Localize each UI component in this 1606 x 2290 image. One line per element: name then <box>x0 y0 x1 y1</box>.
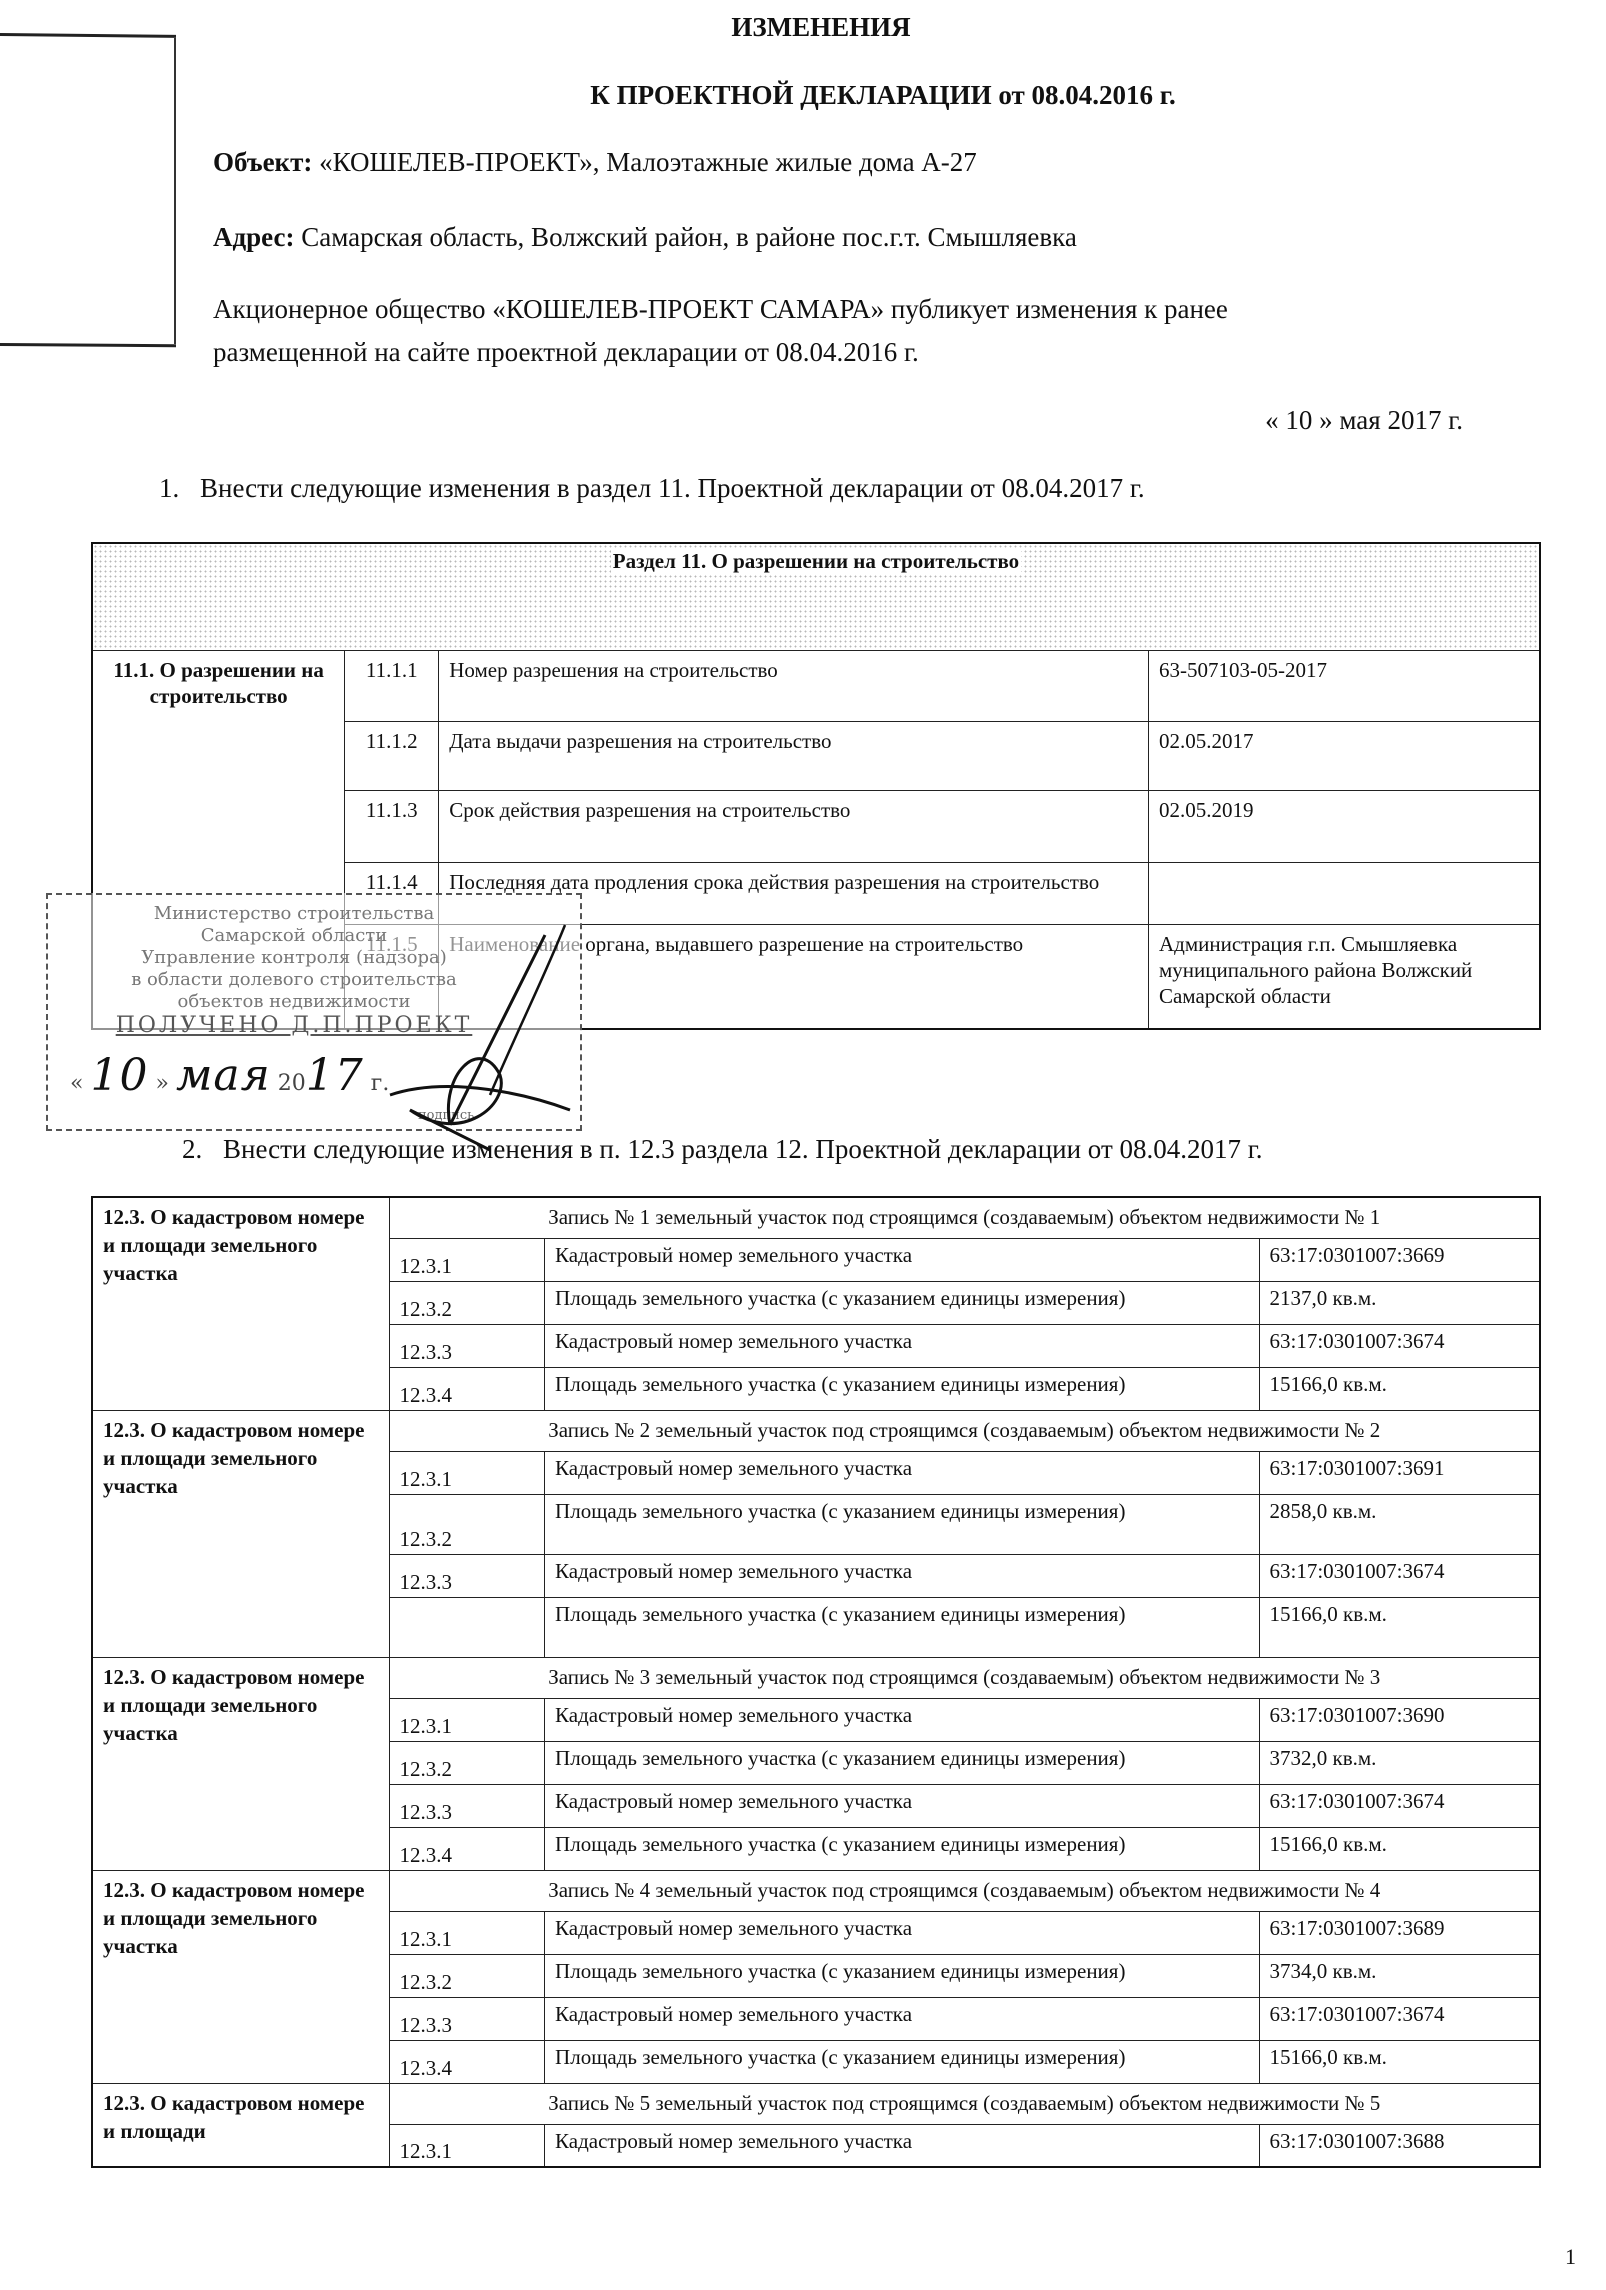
row-code: 12.3.1 <box>389 1698 545 1741</box>
row-code: 11.1.1 <box>345 650 439 721</box>
row-value: 02.05.2017 <box>1148 721 1540 790</box>
stamp-line: в области долевого строительства <box>48 969 580 991</box>
document-subtitle: К ПРОЕКТНОЙ ДЕКЛАРАЦИИ от 08.04.2016 г. <box>80 80 1606 111</box>
row-description: Площадь земельного участка (с указанием … <box>545 1741 1259 1784</box>
row-code: 12.3.4 <box>389 1367 545 1410</box>
row-value: 2858,0 кв.м. <box>1259 1494 1540 1554</box>
handwritten-day: 10 <box>90 1050 148 1101</box>
record-title: Запись № 2 земельный участок под строящи… <box>389 1410 1540 1451</box>
group-label: 12.3. О кадастровом номере и площади зем… <box>92 1197 389 1410</box>
scan-edge-artifact <box>0 343 176 347</box>
row-code: 12.3.2 <box>389 1494 545 1554</box>
section-11-heading: Раздел 11. О разрешении на строительство <box>92 543 1540 650</box>
row-code: 11.1.3 <box>345 790 439 862</box>
row-code: 12.3.3 <box>389 1784 545 1827</box>
row-value: Администрация г.п. Смышляевка муниципаль… <box>1148 924 1540 1029</box>
row-code: 12.3.2 <box>389 1741 545 1784</box>
publish-text-line-1: Акционерное общество «КОШЕЛЕВ-ПРОЕКТ САМ… <box>213 294 1228 325</box>
item-number: 2. <box>182 1134 202 1165</box>
row-description: Номер разрешения на строительство <box>439 650 1149 721</box>
row-value: 15166,0 кв.м. <box>1259 2040 1540 2083</box>
registration-stamp: Министерство строительства Самарской обл… <box>46 893 582 1131</box>
section-12-3-table: 12.3. О кадастровом номере и площади зем… <box>91 1196 1541 2168</box>
stamp-line: Министерство строительства <box>48 903 580 925</box>
handwritten-month: мая <box>176 1050 271 1101</box>
row-value: 2137,0 кв.м. <box>1259 1281 1540 1324</box>
row-code: 12.3.1 <box>389 2124 545 2167</box>
change-item-2: 2. Внести следующие изменения в п. 12.3 … <box>182 1134 1263 1165</box>
row-value: 15166,0 кв.м. <box>1259 1827 1540 1870</box>
row-description: Площадь земельного участка (с указанием … <box>545 1281 1259 1324</box>
row-value <box>1148 862 1540 924</box>
row-description: Кадастровый номер земельного участка <box>545 1238 1259 1281</box>
group-label: 12.3. О кадастровом номере и площади зем… <box>92 1410 389 1657</box>
row-value: 63-507103-05-2017 <box>1148 650 1540 721</box>
record-title: Запись № 5 земельный участок под строящи… <box>389 2083 1540 2124</box>
row-code: 12.3.3 <box>389 1997 545 2040</box>
address-label: Адрес: <box>213 222 294 252</box>
table-row: 11.1. О разрешении на строительство 11.1… <box>92 650 1540 721</box>
row-description: Кадастровый номер земельного участка <box>545 1451 1259 1494</box>
row-code: 12.3.1 <box>389 1451 545 1494</box>
handwritten-year: 17 <box>306 1050 364 1101</box>
group-label: 12.3. О кадастровом номере и площади зем… <box>92 1870 389 2083</box>
record-header: 12.3. О кадастровом номере и площади зем… <box>92 1410 1540 1451</box>
row-code: 12.3.1 <box>389 1911 545 1954</box>
publish-text-line-2: размещенной на сайте проектной деклараци… <box>213 337 919 368</box>
row-value: 63:17:0301007:3674 <box>1259 1997 1540 2040</box>
row-value: 02.05.2019 <box>1148 790 1540 862</box>
stamp-received: ПОЛУЧЕНО Д.П.ПРОЕКТ <box>48 1015 580 1037</box>
group-label: 12.3. О кадастровом номере и площади <box>92 2083 389 2167</box>
change-item-1: 1. Внести следующие изменения в раздел 1… <box>159 473 1145 504</box>
row-code: 11.1.2 <box>345 721 439 790</box>
stamp-line: Управление контроля (надзора) <box>48 947 580 969</box>
subtitle-main: К ПРОЕКТНОЙ ДЕКЛАРАЦИИ <box>590 80 991 110</box>
page-number: 1 <box>1565 2244 1576 2270</box>
row-description: Кадастровый номер земельного участка <box>545 1554 1259 1597</box>
row-value: 63:17:0301007:3690 <box>1259 1698 1540 1741</box>
row-description: Кадастровый номер земельного участка <box>545 2124 1259 2167</box>
row-code: 12.3.2 <box>389 1954 545 1997</box>
row-code <box>389 1597 545 1657</box>
row-value: 63:17:0301007:3674 <box>1259 1784 1540 1827</box>
item-number: 1. <box>159 473 179 504</box>
row-description: Кадастровый номер земельного участка <box>545 1911 1259 1954</box>
object-value: «КОШЕЛЕВ-ПРОЕКТ», Малоэтажные жилые дома… <box>319 147 977 177</box>
record-title: Запись № 4 земельный участок под строящи… <box>389 1870 1540 1911</box>
group-label: 12.3. О кадастровом номере и площади зем… <box>92 1657 389 1870</box>
row-value: 63:17:0301007:3688 <box>1259 2124 1540 2167</box>
record-header: 12.3. О кадастровом номере и площади зем… <box>92 1197 1540 1238</box>
row-description: Кадастровый номер земельного участка <box>545 1698 1259 1741</box>
row-code: 12.3.1 <box>389 1238 545 1281</box>
document-title: ИЗМЕНЕНИЯ <box>18 12 1606 43</box>
row-value: 63:17:0301007:3674 <box>1259 1324 1540 1367</box>
row-value: 63:17:0301007:3674 <box>1259 1554 1540 1597</box>
address-line: Адрес: Самарская область, Волжский район… <box>213 222 1077 253</box>
row-code: 12.3.4 <box>389 1827 545 1870</box>
row-description: Площадь земельного участка (с указанием … <box>545 2040 1259 2083</box>
address-value: Самарская область, Волжский район, в рай… <box>301 222 1077 252</box>
row-description: Площадь земельного участка (с указанием … <box>545 1827 1259 1870</box>
row-value: 63:17:0301007:3669 <box>1259 1238 1540 1281</box>
row-description: Кадастровый номер земельного участка <box>545 1784 1259 1827</box>
row-value: 15166,0 кв.м. <box>1259 1597 1540 1657</box>
record-title: Запись № 3 земельный участок под строящи… <box>389 1657 1540 1698</box>
record-header: 12.3. О кадастровом номере и площади Зап… <box>92 2083 1540 2124</box>
row-description: Кадастровый номер земельного участка <box>545 1997 1259 2040</box>
stamp-line: объектов недвижимости <box>48 991 580 1013</box>
row-description: Площадь земельного участка (с указанием … <box>545 1494 1259 1554</box>
row-value: 15166,0 кв.м. <box>1259 1367 1540 1410</box>
row-value: 63:17:0301007:3689 <box>1259 1911 1540 1954</box>
row-description: Площадь земельного участка (с указанием … <box>545 1367 1259 1410</box>
item-text: Внести следующие изменения в п. 12.3 раз… <box>223 1134 1263 1164</box>
item-text: Внести следующие изменения в раздел 11. … <box>200 473 1145 503</box>
row-code: 12.3.3 <box>389 1554 545 1597</box>
signature-label: подпись <box>418 1105 474 1127</box>
record-header: 12.3. О кадастровом номере и площади зем… <box>92 1657 1540 1698</box>
subtitle-date: от 08.04.2016 г. <box>998 80 1175 110</box>
record-header: 12.3. О кадастровом номере и площади зем… <box>92 1870 1540 1911</box>
stamp-date: « 10 » мая 2017 г. <box>70 1065 389 1095</box>
row-description: Дата выдачи разрешения на строительство <box>439 721 1149 790</box>
row-code: 12.3.4 <box>389 2040 545 2083</box>
row-description: Площадь земельного участка (с указанием … <box>545 1597 1259 1657</box>
row-code: 12.3.3 <box>389 1324 545 1367</box>
row-description: Площадь земельного участка (с указанием … <box>545 1954 1259 1997</box>
record-title: Запись № 1 земельный участок под строящи… <box>389 1197 1540 1238</box>
row-code: 12.3.2 <box>389 1281 545 1324</box>
object-line: Объект: «КОШЕЛЕВ-ПРОЕКТ», Малоэтажные жи… <box>213 147 977 178</box>
object-label: Объект: <box>213 147 312 177</box>
row-value: 3732,0 кв.м. <box>1259 1741 1540 1784</box>
row-value: 63:17:0301007:3691 <box>1259 1451 1540 1494</box>
row-value: 3734,0 кв.м. <box>1259 1954 1540 1997</box>
stamp-line: Самарской области <box>48 925 580 947</box>
row-description: Срок действия разрешения на строительств… <box>439 790 1149 862</box>
row-description: Кадастровый номер земельного участка <box>545 1324 1259 1367</box>
document-date: « 10 » мая 2017 г. <box>1265 405 1463 436</box>
